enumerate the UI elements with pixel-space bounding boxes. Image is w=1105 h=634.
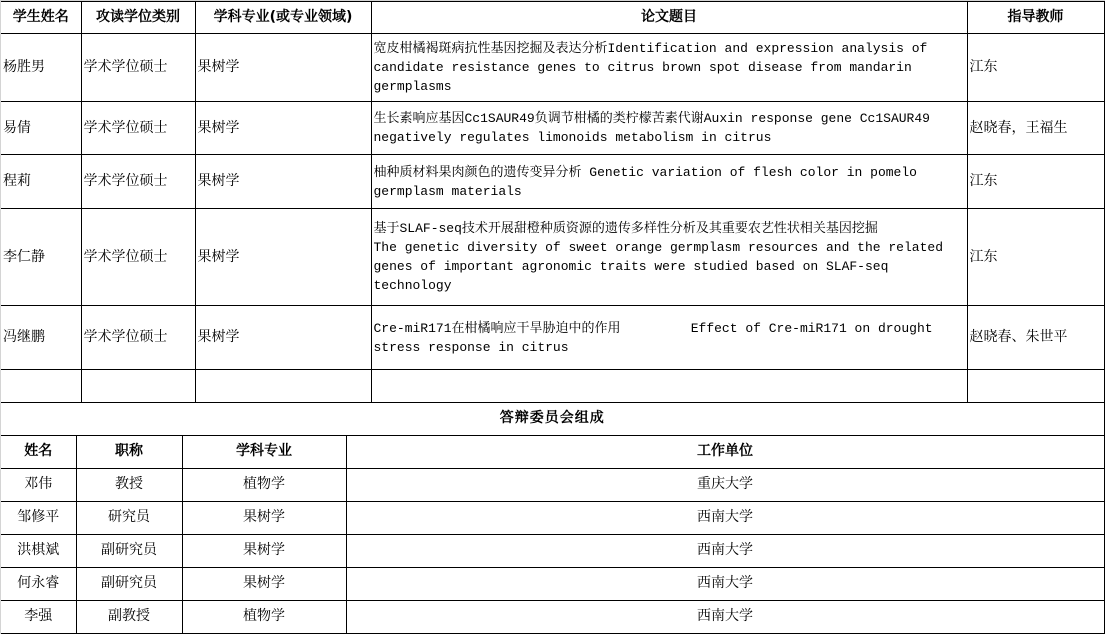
- table-row: 邹修平 研究员 果树学 西南大学: [1, 501, 1104, 534]
- degree-type[interactable]: [81, 370, 195, 403]
- member-major[interactable]: 植物学: [182, 600, 346, 633]
- major[interactable]: [195, 370, 371, 403]
- major[interactable]: 果树学: [195, 209, 371, 306]
- member-name[interactable]: 李强: [1, 600, 76, 633]
- major[interactable]: 果树学: [195, 102, 371, 155]
- table-row: 洪棋斌 副研究员 果树学 西南大学: [1, 534, 1104, 567]
- students-table: 学生姓名 攻读学位类别 学科专业(或专业领域) 论文题目 指导教师 杨胜男 学术…: [1, 1, 1105, 403]
- member-rank[interactable]: 副教授: [76, 600, 182, 633]
- member-org[interactable]: 西南大学: [346, 534, 1104, 567]
- advisor[interactable]: 江东: [967, 209, 1104, 306]
- degree-type[interactable]: 学术学位硕士: [81, 306, 195, 370]
- header-student-name: 学生姓名: [1, 2, 81, 34]
- students-header-row: 学生姓名 攻读学位类别 学科专业(或专业领域) 论文题目 指导教师: [1, 2, 1104, 34]
- member-name[interactable]: 邹修平: [1, 501, 76, 534]
- header-member-rank: 职称: [76, 435, 182, 468]
- member-major[interactable]: 果树学: [182, 567, 346, 600]
- table-row: 何永睿 副研究员 果树学 西南大学: [1, 567, 1104, 600]
- thesis-title[interactable]: Cre-miR171在柑橘响应干旱胁迫中的作用 Effect of Cre-mi…: [371, 306, 967, 370]
- degree-type[interactable]: 学术学位硕士: [81, 209, 195, 306]
- thesis-title[interactable]: 生长素响应基因Cc1SAUR49负调节柑橘的类柠檬苦素代谢Auxin respo…: [371, 102, 967, 155]
- table-row: 杨胜男 学术学位硕士 果树学 宽皮柑橘褐斑病抗性基因挖掘及表达分析Identif…: [1, 34, 1104, 102]
- advisor[interactable]: 赵晓春、朱世平: [967, 306, 1104, 370]
- thesis-title[interactable]: [371, 370, 967, 403]
- table-row: 邓伟 教授 植物学 重庆大学: [1, 468, 1104, 501]
- member-org[interactable]: 西南大学: [346, 600, 1104, 633]
- student-name[interactable]: 杨胜男: [1, 34, 81, 102]
- table-row: 冯继鹏 学术学位硕士 果树学 Cre-miR171在柑橘响应干旱胁迫中的作用 E…: [1, 306, 1104, 370]
- header-member-major: 学科专业: [182, 435, 346, 468]
- major[interactable]: 果树学: [195, 306, 371, 370]
- table-row-empty: [1, 370, 1104, 403]
- major[interactable]: 果树学: [195, 34, 371, 102]
- table-row: 李仁静 学术学位硕士 果树学 基于SLAF-seq技术开展甜橙种质资源的遗传多样…: [1, 209, 1104, 306]
- advisor[interactable]: [967, 370, 1104, 403]
- member-major[interactable]: 植物学: [182, 468, 346, 501]
- header-major: 学科专业(或专业领域): [195, 2, 371, 34]
- member-rank[interactable]: 研究员: [76, 501, 182, 534]
- header-member-org: 工作单位: [346, 435, 1104, 468]
- committee-header-row: 姓名 职称 学科专业 工作单位: [1, 435, 1104, 468]
- degree-type[interactable]: 学术学位硕士: [81, 102, 195, 155]
- student-name[interactable]: 李仁静: [1, 209, 81, 306]
- advisor[interactable]: 江东: [967, 34, 1104, 102]
- advisor[interactable]: 赵晓春，王福生: [967, 102, 1104, 155]
- thesis-title[interactable]: 柚种质材料果肉颜色的遗传变异分析 Genetic variation of fl…: [371, 155, 967, 209]
- table-row: 易倩 学术学位硕士 果树学 生长素响应基因Cc1SAUR49负调节柑橘的类柠檬苦…: [1, 102, 1104, 155]
- member-rank[interactable]: 副研究员: [76, 567, 182, 600]
- major[interactable]: 果树学: [195, 155, 371, 209]
- member-major[interactable]: 果树学: [182, 534, 346, 567]
- thesis-title[interactable]: 宽皮柑橘褐斑病抗性基因挖掘及表达分析Identification and exp…: [371, 34, 967, 102]
- degree-type[interactable]: 学术学位硕士: [81, 155, 195, 209]
- committee-title: 答辩委员会组成: [1, 402, 1104, 435]
- header-member-name: 姓名: [1, 435, 76, 468]
- member-rank[interactable]: 教授: [76, 468, 182, 501]
- student-name[interactable]: 程莉: [1, 155, 81, 209]
- header-thesis-title: 论文题目: [371, 2, 967, 34]
- degree-type[interactable]: 学术学位硕士: [81, 34, 195, 102]
- student-name[interactable]: 易倩: [1, 102, 81, 155]
- member-name[interactable]: 邓伟: [1, 468, 76, 501]
- table-row: 李强 副教授 植物学 西南大学: [1, 600, 1104, 633]
- student-name[interactable]: [1, 370, 81, 403]
- member-rank[interactable]: 副研究员: [76, 534, 182, 567]
- member-name[interactable]: 洪棋斌: [1, 534, 76, 567]
- member-org[interactable]: 西南大学: [346, 501, 1104, 534]
- member-name[interactable]: 何永睿: [1, 567, 76, 600]
- thesis-title[interactable]: 基于SLAF-seq技术开展甜橙种质资源的遗传多样性分析及其重要农艺性状相关基因…: [371, 209, 967, 306]
- committee-title-row: 答辩委员会组成: [1, 402, 1104, 435]
- header-advisor: 指导教师: [967, 2, 1104, 34]
- committee-table: 答辩委员会组成 姓名 职称 学科专业 工作单位 邓伟 教授 植物学 重庆大学 邹…: [1, 402, 1105, 634]
- student-name[interactable]: 冯继鹏: [1, 306, 81, 370]
- advisor[interactable]: 江东: [967, 155, 1104, 209]
- header-degree-type: 攻读学位类别: [81, 2, 195, 34]
- member-org[interactable]: 西南大学: [346, 567, 1104, 600]
- member-org[interactable]: 重庆大学: [346, 468, 1104, 501]
- member-major[interactable]: 果树学: [182, 501, 346, 534]
- table-row: 程莉 学术学位硕士 果树学 柚种质材料果肉颜色的遗传变异分析 Genetic v…: [1, 155, 1104, 209]
